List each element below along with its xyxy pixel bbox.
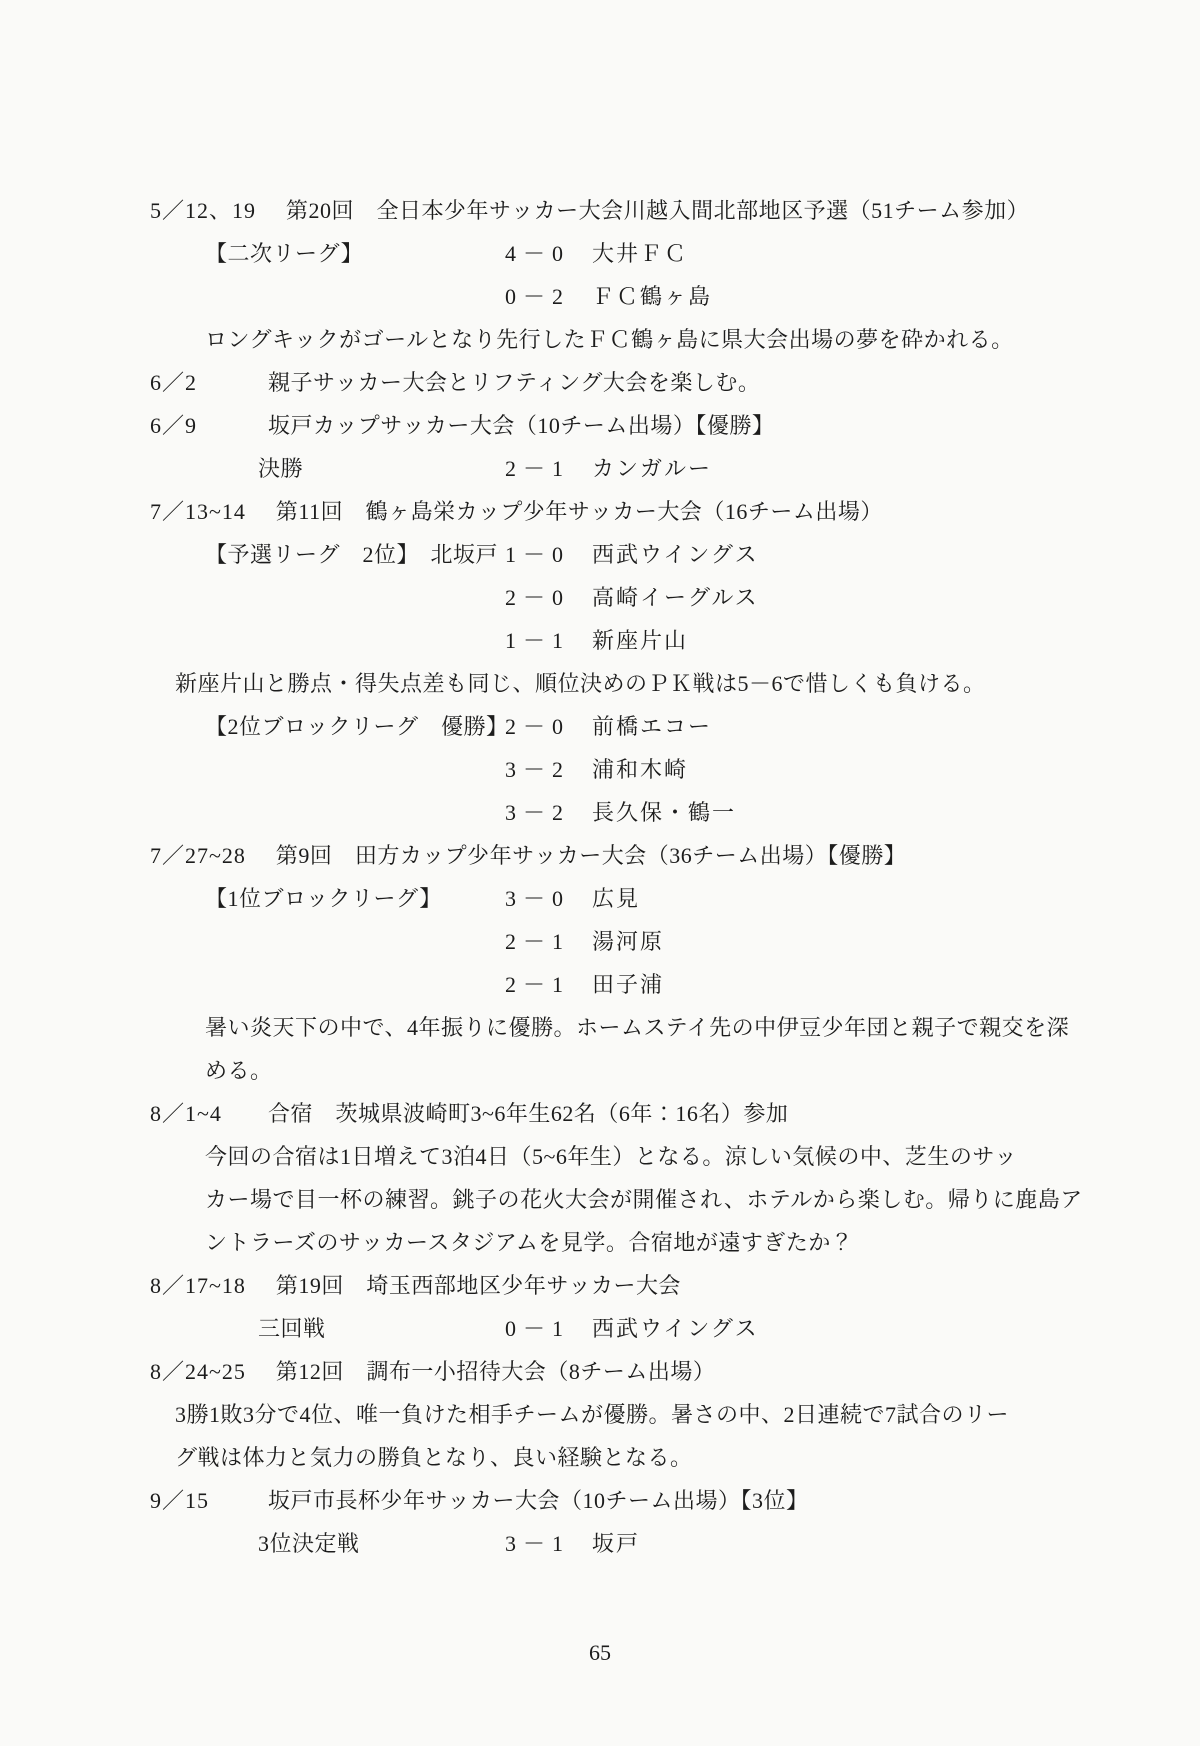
event-date: 8／24~25 (150, 1357, 246, 1387)
event-title: 第11回 鶴ヶ島栄カップ少年サッカー大会（16チーム出場） (276, 499, 883, 524)
match-row: 3位決定戦 3－1 坂戸 (0, 1529, 1200, 1572)
event-line: 7／27~28第9回 田方カップ少年サッカー大会（36チーム出場）【優勝】 (0, 841, 1200, 884)
note-line: グ戦は体力と気力の勝負となり、良い経験となる。 (0, 1443, 1200, 1486)
match-stage-label: 【2位ブロックリーグ 優勝】 (0, 712, 509, 742)
match-opponent: 前橋エコー (592, 712, 712, 742)
event-title: 第19回 埼玉西部地区少年サッカー大会 (276, 1273, 681, 1298)
page-number: 65 (0, 1640, 1200, 1666)
event-date: 6／2 (150, 368, 238, 398)
match-opponent: カンガルー (592, 454, 712, 484)
record-list: 5／12、19第20回 全日本少年サッカー大会川越入間北部地区予選（51チーム参… (0, 196, 1200, 1572)
match-row: 0－2 ＦＣ鶴ヶ島 (0, 282, 1200, 325)
match-opponent: 西武ウイングス (592, 1314, 759, 1344)
event-date: 6／9 (150, 411, 238, 441)
match-row: 1－1 新座片山 (0, 626, 1200, 669)
match-opponent: 浦和木崎 (592, 755, 688, 785)
match-opponent: 長久保・鶴一 (592, 798, 736, 828)
match-row: 2－1 湯河原 (0, 927, 1200, 970)
note-line: 3勝1敗3分で4位、唯一負けた相手チームが優勝。暑さの中、2日連続で7試合のリー (0, 1400, 1200, 1443)
document-page: 5／12、19第20回 全日本少年サッカー大会川越入間北部地区予選（51チーム参… (0, 0, 1200, 1746)
match-stage-label: 3位決定戦 (258, 1529, 360, 1559)
event-date: 5／12、19 (150, 196, 256, 226)
match-score: 0－2 (505, 282, 570, 312)
match-score: 1－0 (505, 540, 570, 570)
match-row: 三回戦 0－1 西武ウイングス (0, 1314, 1200, 1357)
match-score: 3－1 (505, 1529, 570, 1559)
match-score: 2－1 (505, 927, 570, 957)
note-line: 新座片山と勝点・得失点差も同じ、順位決めのＰＫ戦は5－6で惜しくも負ける。 (0, 669, 1200, 712)
event-line: 5／12、19第20回 全日本少年サッカー大会川越入間北部地区予選（51チーム参… (0, 196, 1200, 239)
note-line: カー場で目一杯の練習。銚子の花火大会が開催され、ホテルから楽しむ。帰りに鹿島ア (0, 1185, 1200, 1228)
event-line: 8／24~25第12回 調布一小招待大会（8チーム出場） (0, 1357, 1200, 1400)
match-opponent: ＦＣ鶴ヶ島 (592, 282, 712, 312)
event-title: 坂戸カップサッカー大会（10チーム出場）【優勝】 (268, 413, 774, 438)
event-title: 第20回 全日本少年サッカー大会川越入間北部地区予選（51チーム参加） (286, 198, 1029, 223)
match-score: 2－1 (505, 970, 570, 1000)
event-title: 坂戸市長杯少年サッカー大会（10チーム出場）【3位】 (268, 1488, 809, 1513)
match-row: 3－2 浦和木崎 (0, 755, 1200, 798)
event-title: 親子サッカー大会とリフティング大会を楽しむ。 (268, 370, 760, 395)
note-line: 暑い炎天下の中で、4年振りに優勝。ホームステイ先の中伊豆少年団と親子で親交を深 (0, 1013, 1200, 1056)
note-line: ントラーズのサッカースタジアムを見学。合宿地が遠すぎたか？ (0, 1228, 1200, 1271)
event-date: 9／15 (150, 1486, 238, 1516)
event-line: 6／9坂戸カップサッカー大会（10チーム出場）【優勝】 (0, 411, 1200, 454)
match-row: 2－1 田子浦 (0, 970, 1200, 1013)
event-line: 9／15坂戸市長杯少年サッカー大会（10チーム出場）【3位】 (0, 1486, 1200, 1529)
event-line: 8／17~18第19回 埼玉西部地区少年サッカー大会 (0, 1271, 1200, 1314)
match-opponent: 新座片山 (592, 626, 688, 656)
match-score: 2－0 (505, 712, 570, 742)
match-row: 2－0 高崎イーグルス (0, 583, 1200, 626)
event-date: 7／27~28 (150, 841, 246, 871)
match-row: 【1位ブロックリーグ】 3－0 広見 (0, 884, 1200, 927)
event-title: 第12回 調布一小招待大会（8チーム出場） (276, 1359, 716, 1384)
match-stage-label: 【二次リーグ】 (0, 239, 363, 269)
event-title: 合宿 茨城県波崎町3~6年生62名（6年：16名）参加 (268, 1101, 788, 1126)
event-date: 8／1~4 (150, 1099, 238, 1129)
event-title: 第9回 田方カップ少年サッカー大会（36チーム出場）【優勝】 (276, 843, 906, 868)
match-score: 3－2 (505, 755, 570, 785)
match-row: 3－2 長久保・鶴一 (0, 798, 1200, 841)
match-opponent: 高崎イーグルス (592, 583, 759, 613)
match-score: 3－2 (505, 798, 570, 828)
match-score: 2－1 (505, 454, 570, 484)
match-opponent: 田子浦 (592, 970, 664, 1000)
match-opponent: 湯河原 (592, 927, 664, 957)
match-score: 4－0 (505, 239, 570, 269)
match-score: 3－0 (505, 884, 570, 914)
match-row: 【予選リーグ 2位】 北坂戸 1－0 西武ウイングス (0, 540, 1200, 583)
match-score: 2－0 (505, 583, 570, 613)
match-row: 決勝 2－1 カンガルー (0, 454, 1200, 497)
match-stage-label: 決勝 (258, 454, 303, 484)
event-line: 7／13~14第11回 鶴ヶ島栄カップ少年サッカー大会（16チーム出場） (0, 497, 1200, 540)
note-line: 今回の合宿は1日増えて3泊4日（5~6年生）となる。涼しい気候の中、芝生のサッ (0, 1142, 1200, 1185)
event-date: 8／17~18 (150, 1271, 246, 1301)
match-opponent: 坂戸 (592, 1529, 640, 1559)
note-line: ロングキックがゴールとなり先行したＦＣ鶴ヶ島に県大会出場の夢を砕かれる。 (0, 325, 1200, 368)
match-stage-label: 三回戦 (258, 1314, 326, 1344)
match-opponent: 西武ウイングス (592, 540, 759, 570)
match-opponent: 広見 (592, 884, 640, 914)
event-line: 6／2親子サッカー大会とリフティング大会を楽しむ。 (0, 368, 1200, 411)
match-opponent: 大井ＦＣ (592, 239, 688, 269)
match-stage-label: 【1位ブロックリーグ】 (0, 884, 442, 914)
note-line: める。 (0, 1056, 1200, 1099)
match-stage-label: 【予選リーグ 2位】 北坂戸 (0, 540, 498, 570)
event-date: 7／13~14 (150, 497, 246, 527)
match-row: 【2位ブロックリーグ 優勝】 2－0 前橋エコー (0, 712, 1200, 755)
match-score: 0－1 (505, 1314, 570, 1344)
match-row: 【二次リーグ】 4－0 大井ＦＣ (0, 239, 1200, 282)
event-line: 8／1~4合宿 茨城県波崎町3~6年生62名（6年：16名）参加 (0, 1099, 1200, 1142)
match-score: 1－1 (505, 626, 570, 656)
